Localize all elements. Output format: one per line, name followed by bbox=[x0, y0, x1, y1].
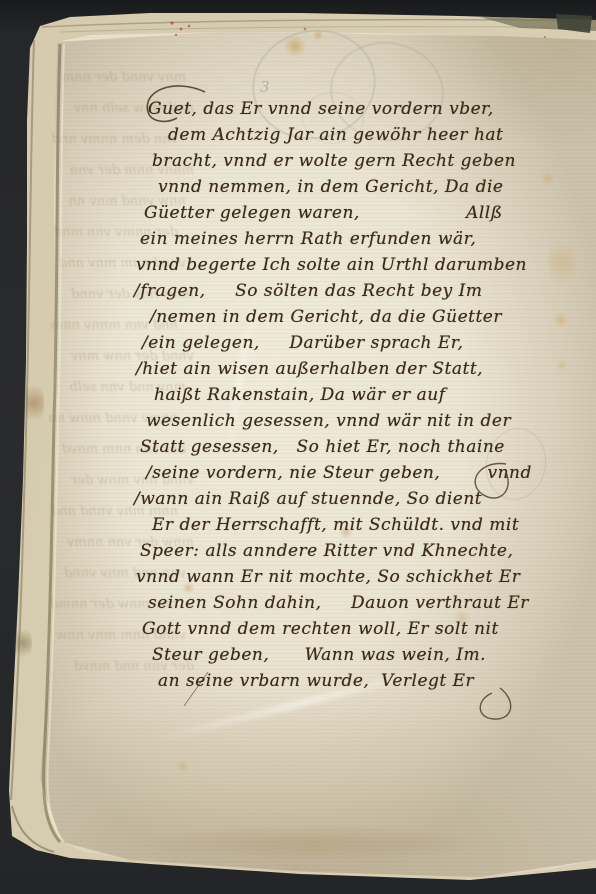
manuscript-line: dem Achtzig Jar ain gewöhr heer hat bbox=[168, 122, 580, 148]
manuscript-line: seinen Sohn dahin, Dauon verthraut Er bbox=[148, 590, 580, 616]
manuscript-line: /fragen, So sölten das Recht bey Im bbox=[134, 278, 580, 304]
manuscript-line: Güetter gelegen waren, Allß bbox=[144, 200, 580, 226]
manuscript-line: /nemen in dem Gericht, da die Güetter bbox=[150, 304, 580, 330]
manuscript-line: Er der Herrschafft, mit Schüldt. vnd mit bbox=[152, 512, 580, 538]
manuscript-line: vnnd begerte Ich solte ain Urthl darumbe… bbox=[136, 252, 580, 278]
manuscript-photo: mnv vnnd der nnmnnd mnw selb nnvvnn dem … bbox=[0, 0, 596, 894]
manuscript-line: Statt gesessen, So hiet Er, noch thaine bbox=[140, 434, 580, 460]
manuscript-line: /hiet ain wisen außerhalben der Statt, bbox=[136, 356, 580, 382]
manuscript-line: vnnd wann Er nit mochte, So schickhet Er bbox=[136, 564, 580, 590]
text-block: Guet, das Er vnnd seine vordern vber,dem… bbox=[128, 96, 580, 694]
manuscript-line: haißt Rakenstain, Da wär er auf bbox=[154, 382, 580, 408]
manuscript-line: an seine vrbarn wurde, Verlegt Er bbox=[158, 668, 580, 694]
manuscript-line: Steur geben, Wann was wein, Im. bbox=[152, 642, 580, 668]
manuscript-line: Gott vnnd dem rechten woll, Er solt nit bbox=[142, 616, 580, 642]
manuscript-line: Guet, das Er vnnd seine vordern vber, bbox=[148, 96, 580, 122]
manuscript-line: vnnd nemmen, in dem Gericht, Da die bbox=[158, 174, 580, 200]
manuscript-line: /ein gelegen, Darüber sprach Er, bbox=[142, 330, 580, 356]
manuscript-line: wesenlich gesessen, vnnd wär nit in der bbox=[146, 408, 580, 434]
manuscript-line: bracht, vnnd er wolte gern Recht geben bbox=[152, 148, 580, 174]
show-through-line: mnv vnnd der nnm bbox=[42, 62, 186, 93]
manuscript-line: /seine vordern, nie Steur geben, vnnd bbox=[146, 460, 580, 486]
manuscript-line: /wann ain Raiß auf stuennde, So dient bbox=[134, 486, 580, 512]
folio-number: 3 bbox=[260, 78, 270, 96]
manuscript-line: ein meines herrn Rath erfunden wär, bbox=[140, 226, 580, 252]
manuscript-line: Speer: alls anndere Ritter vnd Khnechte, bbox=[140, 538, 580, 564]
